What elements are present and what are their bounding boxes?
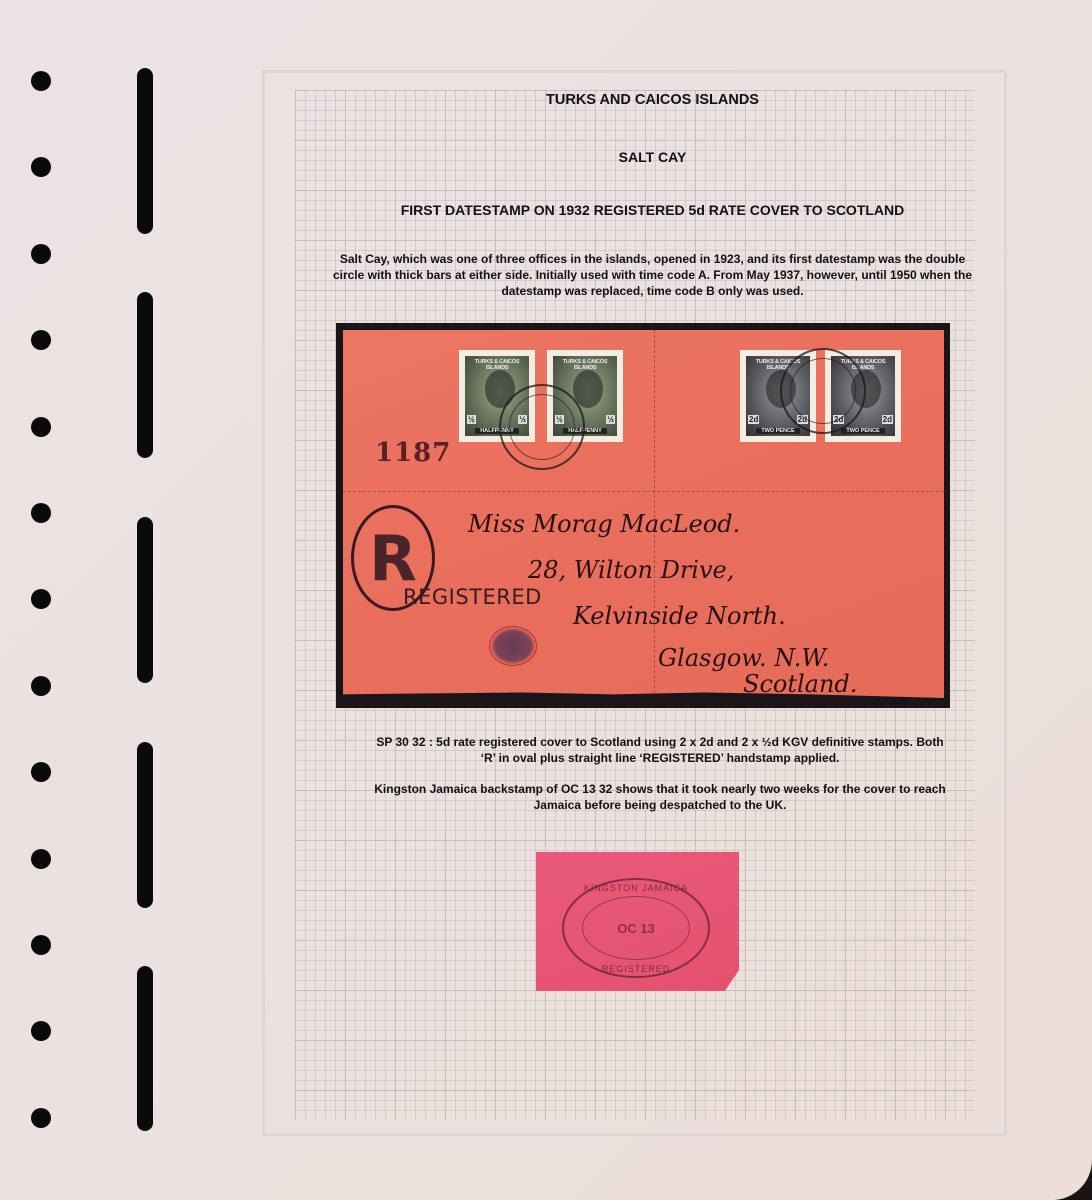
intro-paragraph: Salt Cay, which was one of three offices… [330, 251, 975, 299]
binder-slot [137, 292, 153, 458]
binder-slot [137, 966, 153, 1131]
registration-number: 1187 [375, 438, 451, 468]
registered-cover: TURKS & CAICOS ISLANDS ½ ½ HALFPENNY TUR… [343, 330, 944, 698]
binder-hole [31, 935, 51, 955]
cover-caption: SP 30 32 : 5d rate registered cover to S… [370, 734, 950, 766]
page-title: TURKS AND CAICOS ISLANDS [300, 92, 1005, 108]
address-line: Miss Morag MacLeod. [468, 510, 740, 538]
binder-hole [31, 330, 51, 350]
binder-hole [31, 849, 51, 869]
backstamp-top-text: KINGSTON JAMAICA [564, 883, 708, 893]
binder-hole [31, 417, 51, 437]
binder-hole [31, 589, 51, 609]
binder-hole [31, 157, 51, 177]
binder-hole [31, 244, 51, 264]
wax-seal [489, 626, 537, 666]
binder-slot [137, 517, 153, 683]
address-line: 28, Wilton Drive, [528, 556, 734, 584]
binder-hole [31, 762, 51, 782]
binder-slot [137, 68, 153, 234]
page-subtitle: SALT CAY [300, 149, 1005, 165]
kingston-jamaica-backstamp: KINGSTON JAMAICA OC 13 REGISTERED [562, 878, 710, 978]
address-line: Glasgow. N.W. [658, 644, 829, 672]
binder-hole [31, 1108, 51, 1128]
registered-handstamp: REGISTERED [403, 585, 542, 609]
salt-cay-datestamp [499, 384, 585, 470]
binder-slot [137, 742, 153, 908]
address-line: Kelvinside North. [573, 602, 786, 630]
binder-hole [31, 1021, 51, 1041]
fold-line-horizontal [343, 491, 944, 492]
page-heading: FIRST DATESTAMP ON 1932 REGISTERED 5d RA… [300, 202, 1005, 218]
binder-hole [31, 71, 51, 91]
binder-hole [31, 503, 51, 523]
album-page: TURKS AND CAICOS ISLANDS SALT CAY FIRST … [0, 0, 1092, 1200]
backstamp-date: OC 13 [617, 921, 655, 936]
salt-cay-datestamp [780, 348, 866, 434]
backstamp-caption: Kingston Jamaica backstamp of OC 13 32 s… [370, 781, 950, 813]
backstamp-bottom-text: REGISTERED [564, 964, 708, 974]
binder-hole [31, 676, 51, 696]
backstamp-piece: KINGSTON JAMAICA OC 13 REGISTERED [536, 852, 739, 991]
